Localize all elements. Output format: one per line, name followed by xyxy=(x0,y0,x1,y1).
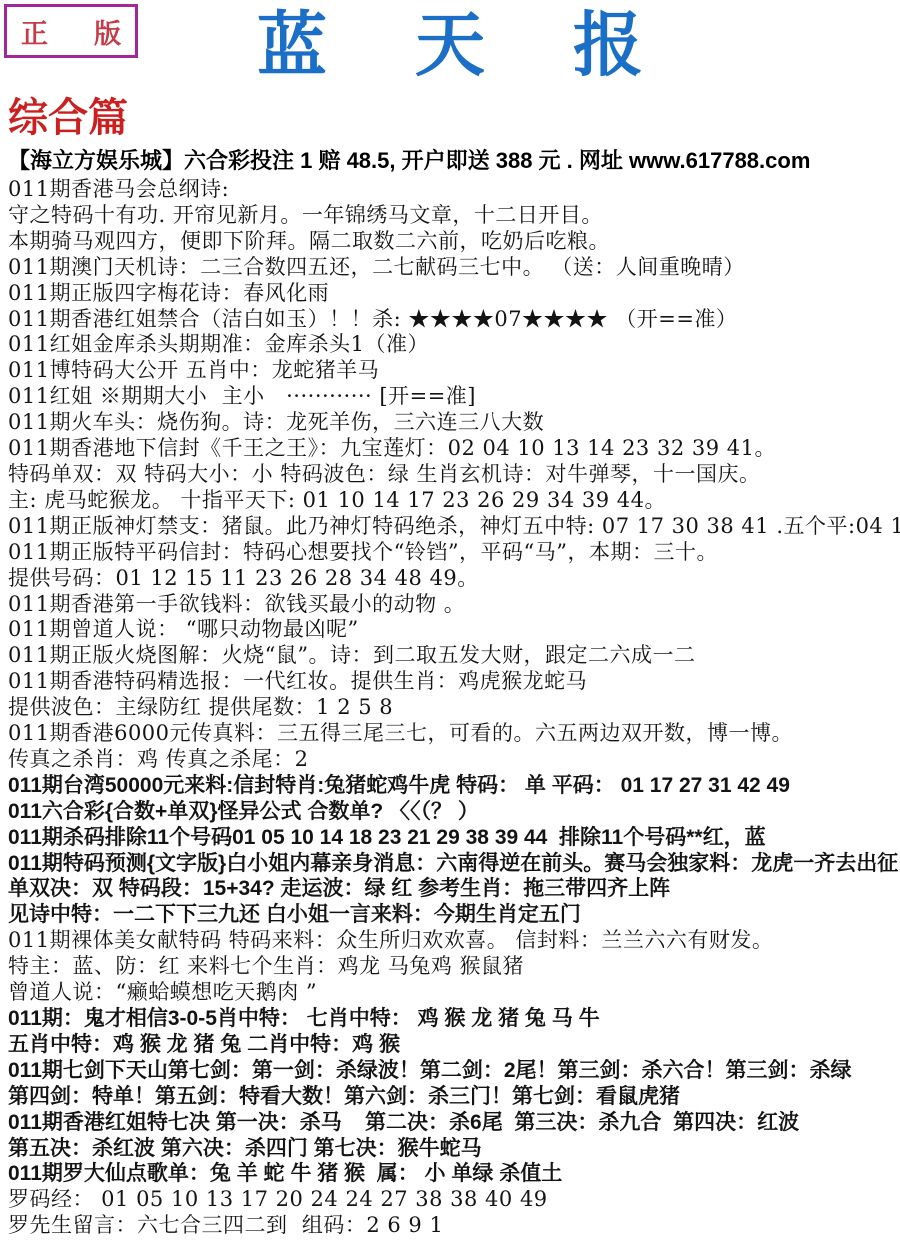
text-line: 曾道人说：“癞蛤蟆想吃天鹅肉 ” xyxy=(8,980,898,1006)
section-heading: 综合篇 xyxy=(8,96,128,140)
text-line: 单双决：双 特码段：15+34? 走运波：绿 红 参考生肖：拖三带四齐上阵 xyxy=(8,876,898,902)
text-line: 本期骑马观四方，便即下阶拜。隔二取数二六前，吃奶后吃粮。 xyxy=(8,229,898,255)
text-line: 011期香港第一手欲钱料：欲钱买最小的动物 。 xyxy=(8,592,898,618)
promo-line: 【海立方娱乐城】六合彩投注 1 赔 48.5, 开户即送 388 元 . 网址 … xyxy=(8,144,810,175)
text-line: 011期澳门天机诗：二三合数四五还，二七献码三七中。 （送：人间重晚晴） xyxy=(8,255,898,281)
text-line: 主: 虎马蛇猴龙。 十指平天下: 01 10 14 17 23 26 29 34… xyxy=(8,488,898,514)
page: { "badge": { "label_left": "正", "label_r… xyxy=(0,0,900,1243)
text-line: 011期香港6000元传真料：三五得三尾三七，可看的。六五两边双开数，博一博。 xyxy=(8,721,898,747)
text-line: 011期正版特平码信封：特码心想要找个“铃铛”，平码“马”，本期：三十。 xyxy=(8,540,898,566)
text-line: 011红姐 ※期期大小 主小 ············ [开==准] xyxy=(8,384,898,410)
text-line: 011期香港地下信封《千王之王》：九宝莲灯：02 04 10 13 14 23 … xyxy=(8,436,898,462)
text-line: 011期杀码排除11个号码01 05 10 14 18 23 21 29 38 … xyxy=(8,825,898,851)
text-line: 特主：蓝、防：红 来料七个生肖：鸡龙 马兔鸡 猴鼠猪 xyxy=(8,954,898,980)
text-line: 011期：鬼才相信3-0-5肖中特： 七肖中特： 鸡 猴 龙 猪 兔 马 牛 xyxy=(8,1006,898,1032)
text-line: 011期七剑下天山第七剑：第一剑：杀绿波！第二剑：2尾！第三剑：杀六合！第三剑：… xyxy=(8,1058,898,1084)
text-line: 011期香港马会总纲诗: xyxy=(8,177,898,203)
text-line: 传真之杀肖：鸡 传真之杀尾：2 xyxy=(8,747,898,773)
text-line: 011期正版火烧图解：火烧“鼠”。诗：到二取五发大财，跟定二六成一二 xyxy=(8,643,898,669)
text-line: 特码单双：双 特码大小：小 特码波色：绿 生肖玄机诗：对牛弹琴，十一国庆。 xyxy=(8,462,898,488)
text-line: 011期裸体美女献特码 特码来料：众生所归欢欢喜。 信封料：兰兰六六有财发。 xyxy=(8,928,898,954)
text-line: 011期罗大仙点歌单：兔 羊 蛇 牛 猪 猴 属： 小 单绿 杀值土 xyxy=(8,1161,898,1187)
text-line: 第四剑：特单！第五剑：特看大数！第六剑：杀三门！第七剑：看鼠虎猪 xyxy=(8,1084,898,1110)
text-line: 011期香港红姐禁合（洁白如玉）！！杀: ★★★★07★★★★ （开==准） xyxy=(8,307,898,333)
text-line: 011六合彩{合数+单双}怪异公式 合数单? 〈〈（？ ） xyxy=(8,799,898,825)
text-line: 011期火车头：烧伤狗。诗：龙死羊伤，三六连三八大数 xyxy=(8,410,898,436)
text-line: 提供号码：01 12 15 11 23 26 28 34 48 49。 xyxy=(8,566,898,592)
text-line: 提供波色：主绿防红 提供尾数：1 2 5 8 xyxy=(8,695,898,721)
text-line: 守之特码十有功. 开帘见新月。一年锦绣马文章，十二日开目。 xyxy=(8,203,898,229)
text-line: 五肖中特：鸡 猴 龙 猪 兔 二肖中特：鸡 猴 xyxy=(8,1032,898,1058)
title-char: 蓝 xyxy=(257,6,327,83)
text-line: 011期特码预测{文字版}白小姐内幕亲身消息：六南得逆在前头。赛马会独家料：龙虎… xyxy=(8,851,898,877)
text-line: 011期正版神灯禁支：猪鼠。此乃神灯特码绝杀，神灯五中特: 07 17 30 3… xyxy=(8,514,898,540)
text-line: 011红姐金库杀头期期准：金库杀头1（准） xyxy=(8,332,898,358)
text-line: 011期香港红姐特七决 第一决：杀马 第二决：杀6尾 第三决：杀九合 第四决：红… xyxy=(8,1110,898,1136)
title-char: 天 xyxy=(415,6,485,83)
text-line: 罗码经： 01 05 10 13 17 20 24 24 27 38 38 40… xyxy=(8,1187,898,1213)
text-line: 见诗中特：一二下下三九还 白小姐一言来料：今期生肖定五门 xyxy=(8,902,898,928)
title-char: 报 xyxy=(573,6,643,83)
text-line: 011期曾道人说： “哪只动物最凶呢” xyxy=(8,617,898,643)
text-line: 011期正版四字梅花诗：春风化雨 xyxy=(8,281,898,307)
text-line: 第五决：杀红波 第六决：杀四门 第七决：猴牛蛇马 xyxy=(8,1136,898,1162)
text-line: 罗先生留言：六七合三四二到 组码：2 6 9 1 xyxy=(8,1213,898,1239)
text-line: 011期香港特码精选报：一代红妆。提供生肖：鸡虎猴龙蛇马 xyxy=(8,669,898,695)
text-line: 011博特码大公开 五肖中：龙蛇猪羊马 xyxy=(8,358,898,384)
text-line: 011期台湾50000元来料:信封特肖:兔猪蛇鸡牛虎 特码： 单 平码： 01 … xyxy=(8,773,898,799)
body-lines: 011期香港马会总纲诗: 守之特码十有功. 开帘见新月。一年锦绣马文章，十二日开… xyxy=(8,177,898,1239)
page-title: 蓝 天 报 xyxy=(0,6,900,83)
